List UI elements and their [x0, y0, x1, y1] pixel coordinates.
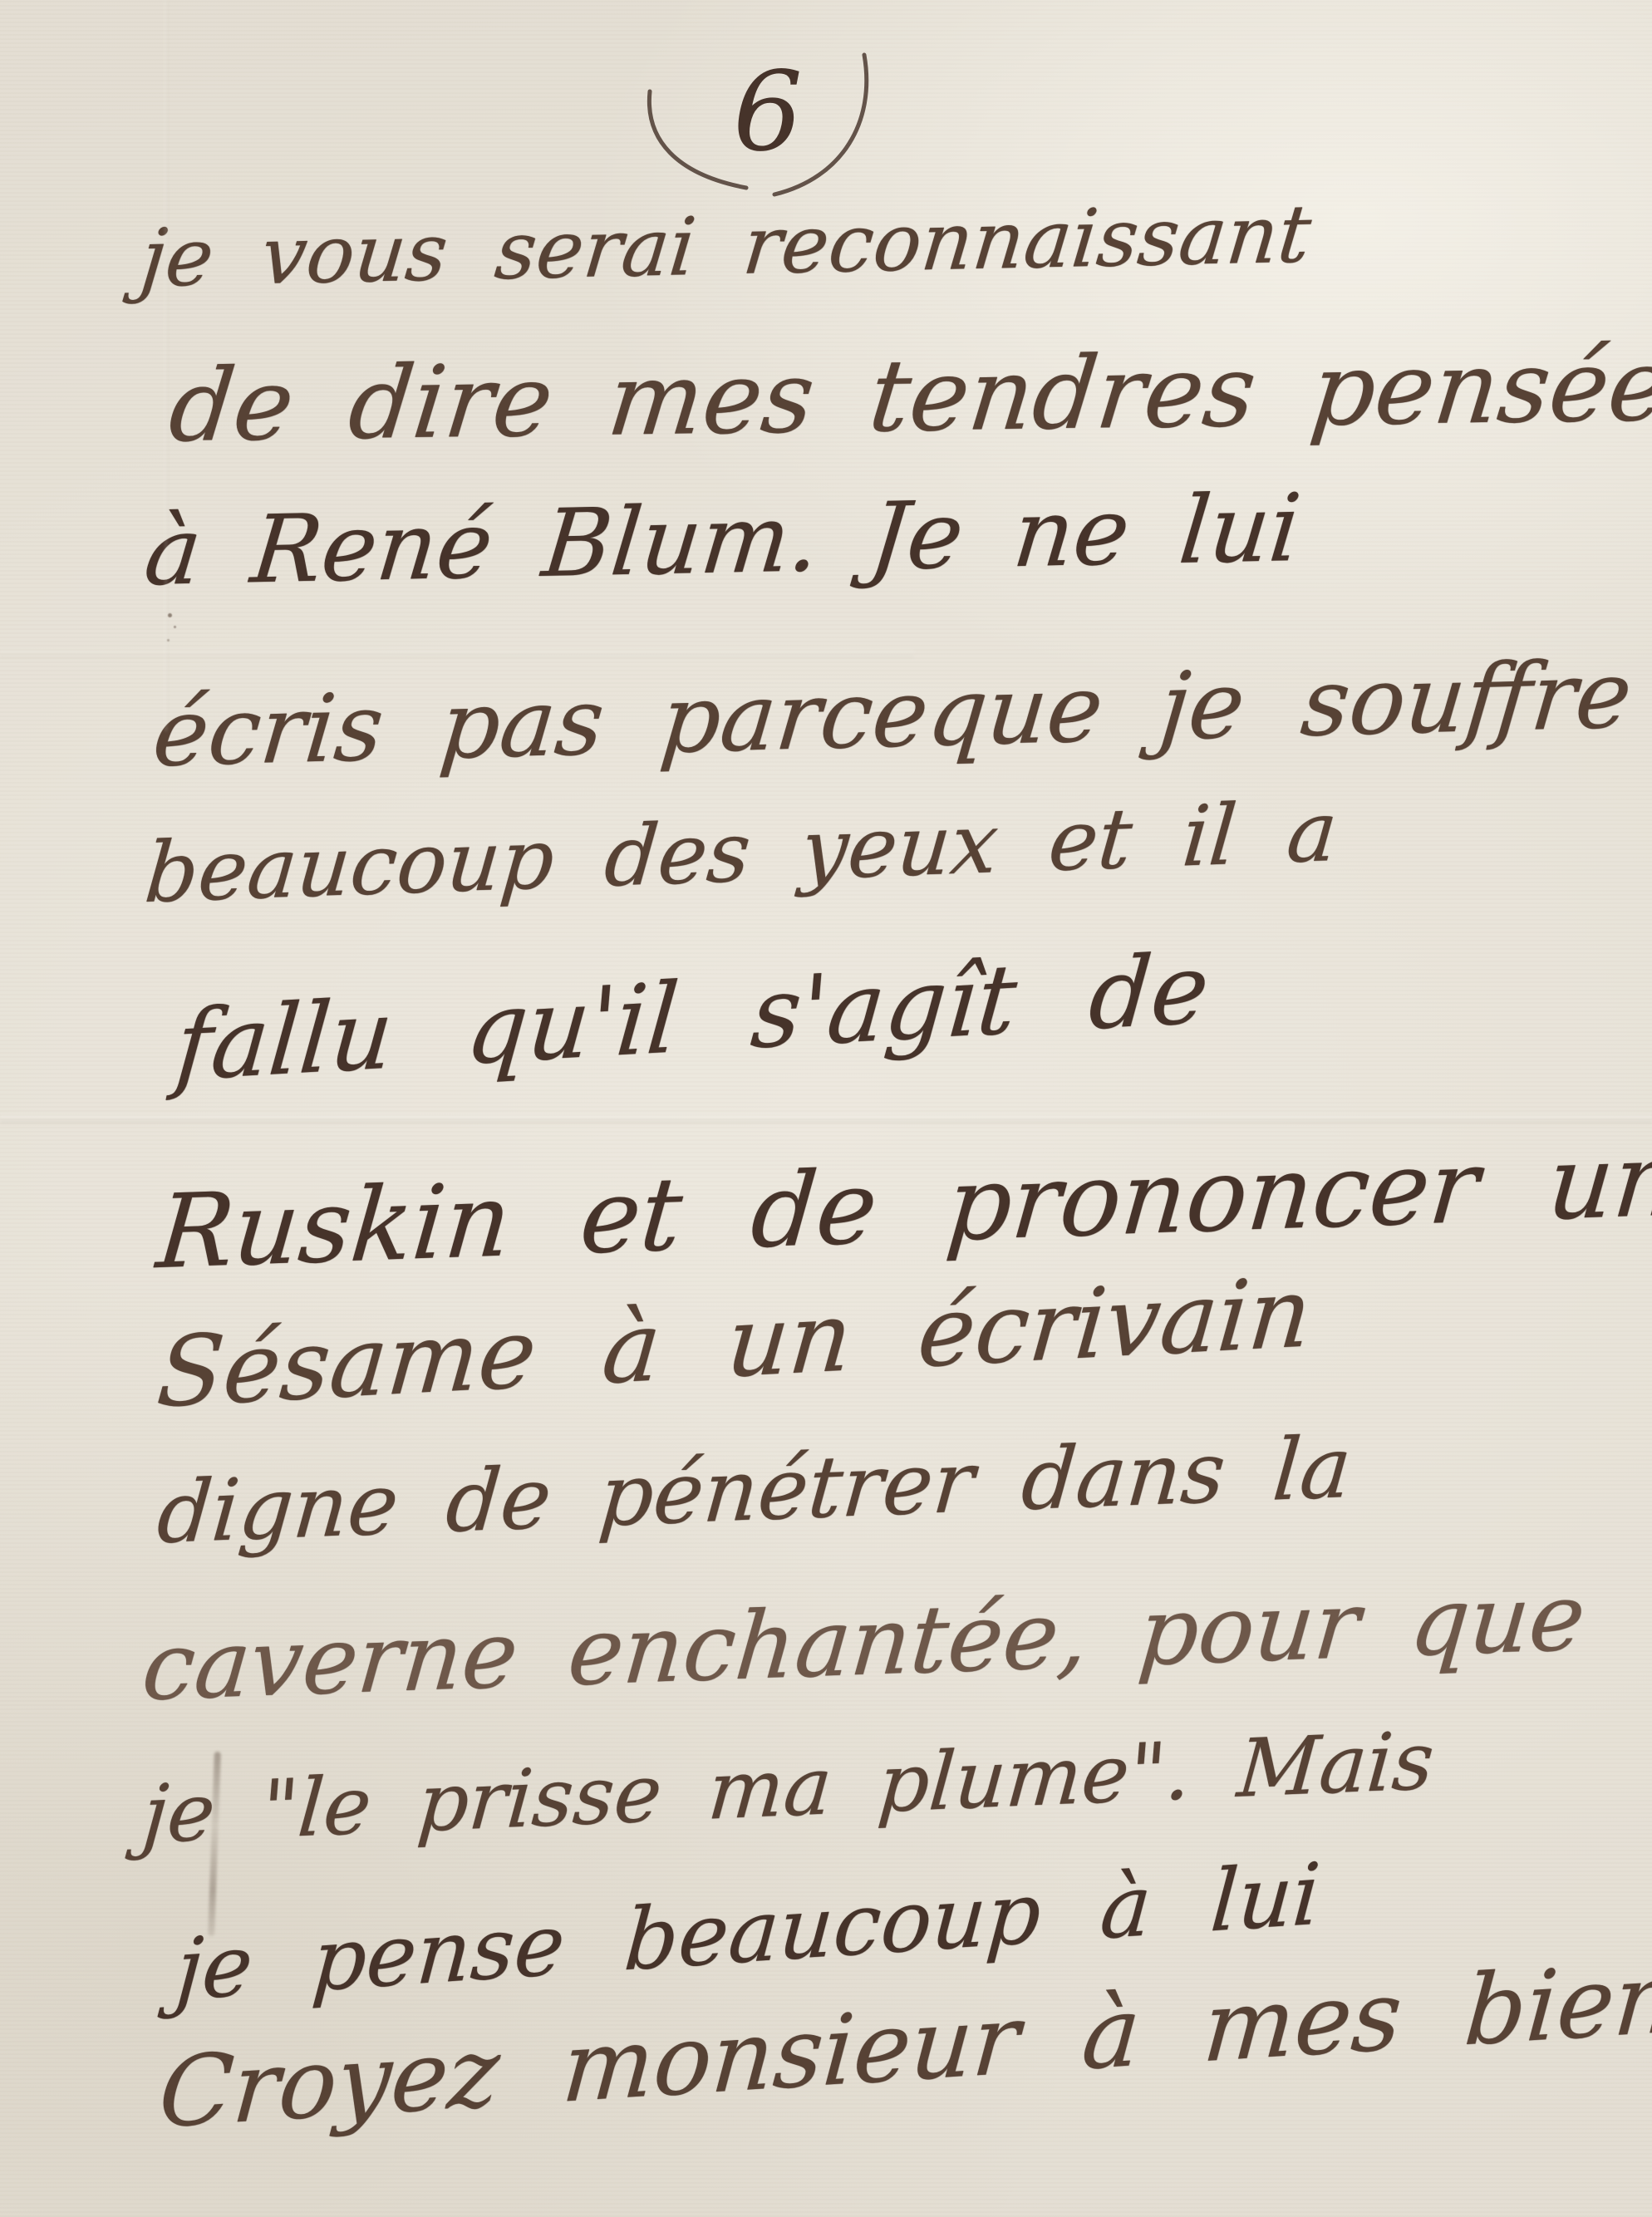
handwritten-line-7: Ruskin et de prononcer un: [153, 1120, 1652, 1291]
letter-page: 6 je vous serai reconnaissant de dire me…: [0, 0, 1652, 2217]
handwritten-line-3: à René Blum. Je ne lui: [140, 474, 1305, 607]
handwritten-line-5: beaucoup des yeux et il a: [141, 783, 1341, 922]
fold-crease-horizontal-faint: [0, 650, 914, 658]
page-number: 6: [615, 23, 897, 214]
handwritten-line-1: je vous serai reconnaissant: [136, 187, 1315, 305]
handwritten-line-9: digne de pénétrer dans la: [154, 1418, 1355, 1564]
handwritten-line-10: caverne enchantée, pour que: [138, 1563, 1589, 1722]
fold-crease-vertical: [165, 0, 169, 731]
handwritten-line-4: écris pas parceque je souffre: [149, 641, 1636, 788]
fold-crease-horizontal: [0, 1115, 1652, 1123]
opening-paren-stroke: [649, 91, 746, 188]
ink-specks: [168, 613, 172, 617]
page-number-digit: 6: [733, 48, 803, 176]
handwritten-line-11: je "le prisse ma plume". Mais: [139, 1714, 1437, 1862]
handwritten-line-2: de dire mes tendres pensées: [164, 327, 1652, 465]
handwritten-line-6: fallu qu'il s'agît de: [171, 932, 1213, 1103]
